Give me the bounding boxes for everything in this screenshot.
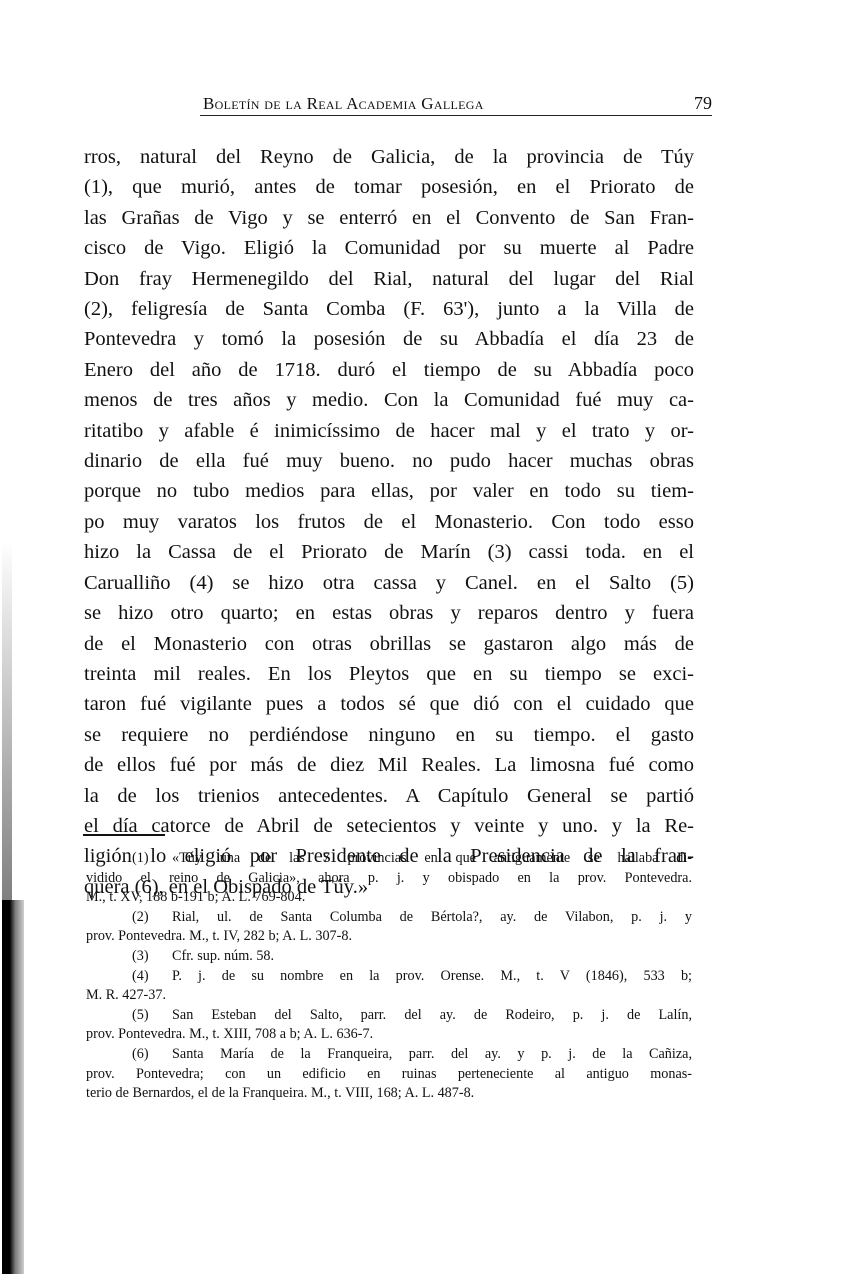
footnote-number: (5) — [132, 1006, 172, 1026]
footnote-text: San Esteban del Salto, parr. del ay. de … — [172, 1007, 692, 1023]
footnote-separator — [83, 834, 165, 836]
body-line: taron fué vigilante pues a todos sé que … — [84, 689, 694, 719]
body-line: Pontevedra y tomó la posesión de su Abba… — [84, 324, 694, 354]
body-line: se hizo otro quarto; en estas obras y re… — [84, 598, 694, 628]
footnote-text: Rial, ul. de Santa Columba de Bértola?, … — [172, 909, 692, 925]
body-line: ritatibo y afable é inimicíssimo de hace… — [84, 416, 694, 446]
footnote-number: (1) — [132, 849, 172, 869]
body-line: rros, natural del Reyno de Galicia, de l… — [84, 142, 694, 172]
footnote-text: vidido el reino de Galicia», ahora p. j.… — [86, 869, 692, 889]
body-line: el día catorce de Abril de setecientos y… — [84, 811, 694, 841]
body-line: (1), que murió, antes de tomar posesión,… — [84, 172, 694, 202]
footnote-text: Santa María de la Franqueira, parr. del … — [172, 1046, 692, 1062]
footnote-6: (6)Santa María de la Franqueira, parr. d… — [86, 1045, 692, 1104]
body-text: rros, natural del Reyno de Galicia, de l… — [84, 142, 694, 902]
body-line: treinta mil reales. En los Pleytos que e… — [84, 659, 694, 689]
footnote-text: prov. Pontevedra. M., t. IV, 282 b; A. L… — [86, 927, 692, 947]
footnote-number: (6) — [132, 1045, 172, 1065]
body-line: se requiere no perdiéndose ninguno en su… — [84, 720, 694, 750]
footnote-2: (2)Rial, ul. de Santa Columba de Bértola… — [86, 908, 692, 947]
header-rule — [200, 115, 712, 116]
footnote-number: (2) — [132, 908, 172, 928]
body-line: Carualliño (4) se hizo otra cassa y Cane… — [84, 568, 694, 598]
body-line: menos de tres años y medio. Con la Comun… — [84, 385, 694, 415]
footnote-text: M., t. XV, 188 b-191 b; A. L. 769-804. — [86, 888, 692, 908]
footnote-text: terio de Bernardos, el de la Franqueira.… — [86, 1084, 692, 1104]
body-line: de el Monasterio con otras obrillas se g… — [84, 629, 694, 659]
body-line: la de los trienios antecedentes. A Capít… — [84, 781, 694, 811]
footnote-text: Cfr. sup. núm. 58. — [172, 948, 274, 964]
body-line: Enero del año de 1718. duró el tiempo de… — [84, 355, 694, 385]
footnote-text: P. j. de su nombre en la prov. Orense. M… — [172, 968, 692, 984]
footnote-number: (4) — [132, 967, 172, 987]
footnote-text: prov. Pontevedra; con un edificio en rui… — [86, 1065, 692, 1085]
body-line: cisco de Vigo. Eligió la Comunidad por s… — [84, 233, 694, 263]
footnotes: (1)«Túy una de las 7 provincias en que a… — [86, 849, 692, 1104]
footnote-number: (3) — [132, 947, 172, 967]
footnote-text: prov. Pontevedra. M., t. XIII, 708 a b; … — [86, 1025, 692, 1045]
footnote-1: (1)«Túy una de las 7 provincias en que a… — [86, 849, 692, 908]
footnote-3: (3)Cfr. sup. núm. 58. — [86, 947, 692, 967]
book-binding-edge — [2, 900, 24, 1274]
body-line: porque no tubo medios para ellas, por va… — [84, 476, 694, 506]
body-line: dinario de ella fué muy bueno. no pudo h… — [84, 446, 694, 476]
running-head: Boletín de la Real Academia Gallega 79 — [200, 88, 712, 114]
page-number: 79 — [694, 93, 712, 114]
footnote-text: «Túy una de las 7 provincias en que anti… — [172, 850, 692, 866]
body-line: de ellos fué por más de diez Mil Reales.… — [84, 750, 694, 780]
body-line: (2), feligresía de Santa Comba (F. 63'),… — [84, 294, 694, 324]
footnote-text: M. R. 427-37. — [86, 986, 692, 1006]
body-line: hizo la Cassa de el Priorato de Marín (3… — [84, 537, 694, 567]
body-line: po muy varatos los frutos de el Monaster… — [84, 507, 694, 537]
body-line: las Grañas de Vigo y se enterró en el Co… — [84, 203, 694, 233]
journal-title: Boletín de la Real Academia Gallega — [203, 94, 484, 114]
footnote-4: (4)P. j. de su nombre en la prov. Orense… — [86, 967, 692, 1006]
body-line: Don fray Hermenegildo del Rial, natural … — [84, 264, 694, 294]
footnote-5: (5)San Esteban del Salto, parr. del ay. … — [86, 1006, 692, 1045]
